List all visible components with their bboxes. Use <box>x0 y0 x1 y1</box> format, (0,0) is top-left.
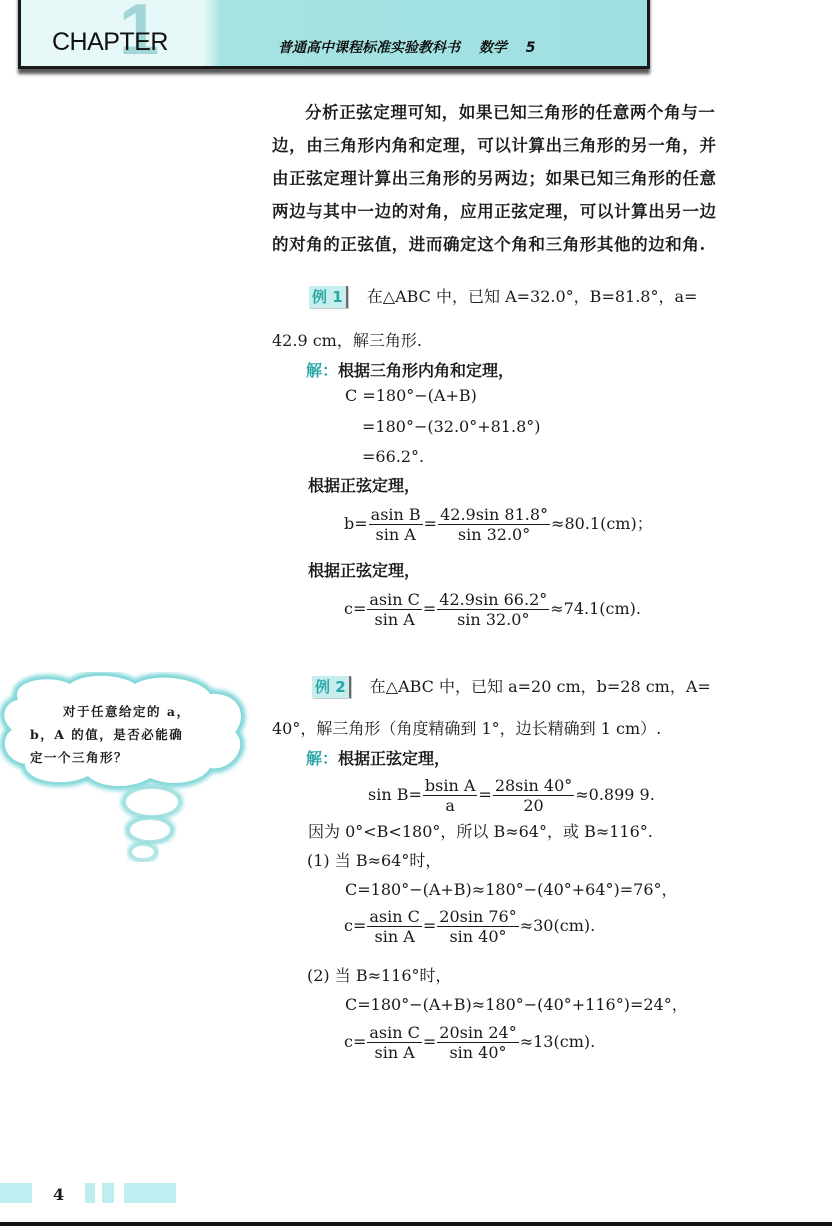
fraction: bsin Aa <box>423 776 478 815</box>
footer-decoration <box>102 1183 114 1203</box>
formula-case2-c: c=asin Csin A=20sin 24°sin 40°≈13(cm). <box>344 1023 595 1062</box>
series-name: 普通高中课程标准实验教科书 <box>278 40 460 56</box>
margin-note-line: b，A 的值，是否必能确 <box>30 723 220 746</box>
subject: 数学 <box>479 40 507 56</box>
fraction: 42.9sin 66.2°sin 32.0° <box>437 590 549 629</box>
denominator: a <box>423 796 478 815</box>
denominator: sin A <box>369 525 423 544</box>
numerator: asin C <box>367 1023 422 1043</box>
case2-title: (2) 当 B≈116°时， <box>307 966 452 986</box>
volume: 5 <box>526 40 536 56</box>
denominator: sin 40° <box>437 1043 518 1062</box>
denominator: sin 32.0° <box>438 525 550 544</box>
fraction: 20sin 24°sin 40° <box>437 1023 518 1062</box>
formula-result: ≈13(cm). <box>520 1032 595 1051</box>
denominator: sin 40° <box>437 927 518 946</box>
formula-result: ≈0.899 9. <box>575 785 655 804</box>
denominator: sin 32.0° <box>437 610 549 629</box>
paragraph-line: 边，由三角形内角和定理，可以计算出三角形的另一角，并 <box>272 129 772 162</box>
fraction: asin Bsin A <box>369 505 423 544</box>
page-bottom-edge <box>0 1222 832 1226</box>
formula-lhs: sin B= <box>368 785 422 804</box>
footer-decoration <box>124 1183 176 1203</box>
calc-c-line3: =66.2°. <box>362 447 424 467</box>
calc-c-line2: =180°−(32.0°+81.8°) <box>362 417 541 437</box>
formula-result: ≈74.1(cm). <box>550 599 641 618</box>
example2-header: 例 2 在△ABC 中，已知 a=20 cm，b=28 cm，A= <box>312 676 711 698</box>
example1-label: 例 1 <box>309 286 348 308</box>
paragraph-line: 两边与其中一边的对角，应用正弦定理，可以计算出另一边 <box>272 195 772 228</box>
fraction: asin Csin A <box>367 590 422 629</box>
case1-title: (1) 当 B≈64°时， <box>307 851 441 871</box>
intro-paragraph: 分析正弦定理可知，如果已知三角形的任意两个角与一 边，由三角形内角和定理，可以计… <box>272 96 772 261</box>
formula-lhs: b= <box>344 514 368 533</box>
fraction: asin Csin A <box>367 1023 422 1062</box>
formula-b: b=asin Bsin A=42.9sin 81.8°sin 32.0°≈80.… <box>344 505 653 544</box>
example1-step3: 根据正弦定理， <box>308 561 420 581</box>
paragraph-line: 的对角的正弦值，进而确定这个角和三角形其他的边和角. <box>272 228 772 261</box>
formula-lhs: c= <box>344 1032 366 1051</box>
step-text: 根据正弦定理， <box>338 749 450 768</box>
numerator: asin C <box>367 907 422 927</box>
numerator: asin B <box>369 505 423 525</box>
paragraph-line: 分析正弦定理可知，如果已知三角形的任意两个角与一 <box>272 96 772 129</box>
numerator: 28sin 40° <box>493 776 574 796</box>
because-line: 因为 0°<B<180°，所以 B≈64°，或 B≈116°. <box>308 822 653 842</box>
fraction: 28sin 40°20 <box>493 776 574 815</box>
margin-note-line: 对于任意给定的 a， <box>30 700 220 723</box>
formula-lhs: c= <box>344 599 366 618</box>
formula-result: ≈80.1(cm)； <box>551 514 653 533</box>
example2-problem-line1: 在△ABC 中，已知 a=20 cm，b=28 cm，A= <box>370 677 711 696</box>
formula-sinb: sin B=bsin Aa=28sin 40°20≈0.899 9. <box>368 776 655 815</box>
fraction: 42.9sin 81.8°sin 32.0° <box>438 505 550 544</box>
denominator: sin A <box>367 610 422 629</box>
example2-problem-line2: 40°，解三角形（角度精确到 1°，边长精确到 1 cm）. <box>272 719 661 739</box>
solution-label: 解： <box>306 749 338 768</box>
case2-angle-c: C=180°−(A+B)≈180°−(40°+116°)=24°， <box>345 995 688 1015</box>
denominator: sin A <box>367 927 422 946</box>
chapter-label: CHAPTER <box>52 28 168 57</box>
formula-lhs: c= <box>344 916 366 935</box>
calc-c-line1: C =180°−(A+B) <box>345 386 477 406</box>
formula-result: ≈30(cm). <box>520 916 595 935</box>
case1-angle-c: C=180°−(A+B)≈180°−(40°+64°)=76°， <box>345 880 678 900</box>
example2-solution-step1: 解：根据正弦定理， <box>306 749 450 769</box>
example1-header: 例 1 在△ABC 中，已知 A=32.0°，B=81.8°，a= <box>309 286 697 308</box>
numerator: bsin A <box>423 776 478 796</box>
example1-problem-line2: 42.9 cm，解三角形. <box>272 331 422 351</box>
example1-solution-step1: 解：根据三角形内角和定理， <box>306 361 514 381</box>
footer-decoration <box>85 1183 95 1203</box>
numerator: 42.9sin 81.8° <box>438 505 550 525</box>
numerator: 20sin 76° <box>437 907 518 927</box>
margin-note-line: 定一个三角形？ <box>30 746 220 769</box>
chapter-header-band: 1 CHAPTER 普通高中课程标准实验教科书 数学 5 <box>18 0 650 69</box>
numerator: asin C <box>367 590 422 610</box>
numerator: 42.9sin 66.2° <box>437 590 549 610</box>
margin-note: 对于任意给定的 a， b，A 的值，是否必能确 定一个三角形？ <box>30 700 220 769</box>
formula-c: c=asin Csin A=42.9sin 66.2°sin 32.0°≈74.… <box>344 590 641 629</box>
numerator: 20sin 24° <box>437 1023 518 1043</box>
fraction: 20sin 76°sin 40° <box>437 907 518 946</box>
footer-decoration <box>0 1183 32 1203</box>
page-number: 4 <box>53 1185 64 1204</box>
denominator: sin A <box>367 1043 422 1062</box>
formula-case1-c: c=asin Csin A=20sin 76°sin 40°≈30(cm). <box>344 907 595 946</box>
paragraph-line: 由正弦定理计算出三角形的另两边；如果已知三角形的任意 <box>272 162 772 195</box>
step-text: 根据三角形内角和定理， <box>338 361 514 380</box>
example2-label: 例 2 <box>312 676 351 698</box>
fraction: asin Csin A <box>367 907 422 946</box>
solution-label: 解： <box>306 361 338 380</box>
example1-problem-line1: 在△ABC 中，已知 A=32.0°，B=81.8°，a= <box>367 287 698 306</box>
series-title: 普通高中课程标准实验教科书 数学 5 <box>278 37 536 57</box>
example1-step2: 根据正弦定理， <box>308 476 420 496</box>
denominator: 20 <box>493 796 574 815</box>
